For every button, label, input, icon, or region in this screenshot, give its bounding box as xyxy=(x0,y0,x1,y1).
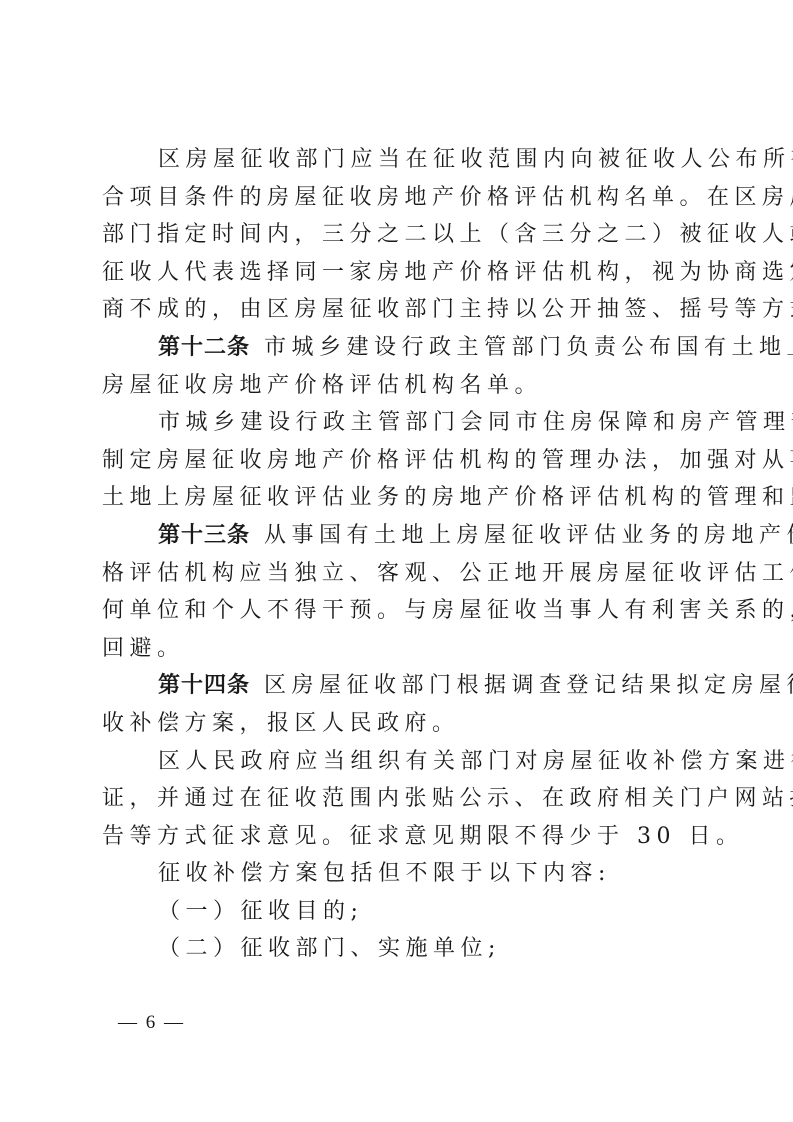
paragraph-line: 何单位和个人不得干预。与房屋征收当事人有利害关系的，应当 xyxy=(102,592,694,630)
article-13-line: 第十三条从事国有土地上房屋征收评估业务的房地产价 xyxy=(102,517,694,555)
paragraph-line: 收补偿方案，报区人民政府。 xyxy=(102,705,694,743)
paragraph-line: 征收人代表选择同一家房地产价格评估机构，视为协商选定；协 xyxy=(102,254,694,292)
article-14-line: 第十四条区房屋征收部门根据调查登记结果拟定房屋征 xyxy=(102,667,694,705)
paragraph-line: 市城乡建设行政主管部门会同市住房保障和房产管理部门 xyxy=(102,404,694,442)
article-number: 第十二条 xyxy=(158,335,250,360)
paragraph-line: 告等方式征求意见。征求意见期限不得少于 30 日。 xyxy=(102,818,694,856)
paragraph-line: 证，并通过在征收范围内张贴公示、在政府相关门户网站挂网公 xyxy=(102,780,694,818)
paragraph-line: 格评估机构应当独立、客观、公正地开展房屋征收评估工作，任 xyxy=(102,555,694,593)
paragraph-line: 制定房屋征收房地产价格评估机构的管理办法，加强对从事国有 xyxy=(102,442,694,480)
article-text: 市城乡建设行政主管部门负责公布国有土地上 xyxy=(264,335,793,360)
paragraph-line: 部门指定时间内，三分之二以上（含三分之二）被征收人或者被 xyxy=(102,216,694,254)
paragraph-line: 区房屋征收部门应当在征收范围内向被征收人公布所有符 xyxy=(102,141,694,179)
paragraph-line: 回避。 xyxy=(102,630,694,668)
paragraph-line: 征收补偿方案包括但不限于以下内容: xyxy=(102,855,694,893)
list-item: （一）征收目的; xyxy=(102,893,694,931)
document-page: 区房屋征收部门应当在征收范围内向被征收人公布所有符 合项目条件的房屋征收房地产价… xyxy=(0,0,793,1122)
article-number: 第十三条 xyxy=(158,523,250,548)
paragraph-line: 土地上房屋征收评估业务的房地产价格评估机构的管理和监督。 xyxy=(102,479,694,517)
paragraph-line: 区人民政府应当组织有关部门对房屋征收补偿方案进行论 xyxy=(102,743,694,781)
paragraph-line: 合项目条件的房屋征收房地产价格评估机构名单。在区房屋征收 xyxy=(102,179,694,217)
list-item: （二）征收部门、实施单位; xyxy=(102,930,694,968)
page-number: — 6 — xyxy=(118,1012,185,1034)
article-12-line: 第十二条市城乡建设行政主管部门负责公布国有土地上 xyxy=(102,329,694,367)
article-text: 从事国有土地上房屋征收评估业务的房地产价 xyxy=(264,523,793,548)
article-number: 第十四条 xyxy=(158,673,250,698)
article-text: 区房屋征收部门根据调查登记结果拟定房屋征 xyxy=(264,673,793,698)
document-body: 区房屋征收部门应当在征收范围内向被征收人公布所有符 合项目条件的房屋征收房地产价… xyxy=(102,141,694,968)
paragraph-line: 商不成的，由区房屋征收部门主持以公开抽签、摇号等方式确定。 xyxy=(102,291,694,329)
paragraph-line: 房屋征收房地产价格评估机构名单。 xyxy=(102,367,694,405)
